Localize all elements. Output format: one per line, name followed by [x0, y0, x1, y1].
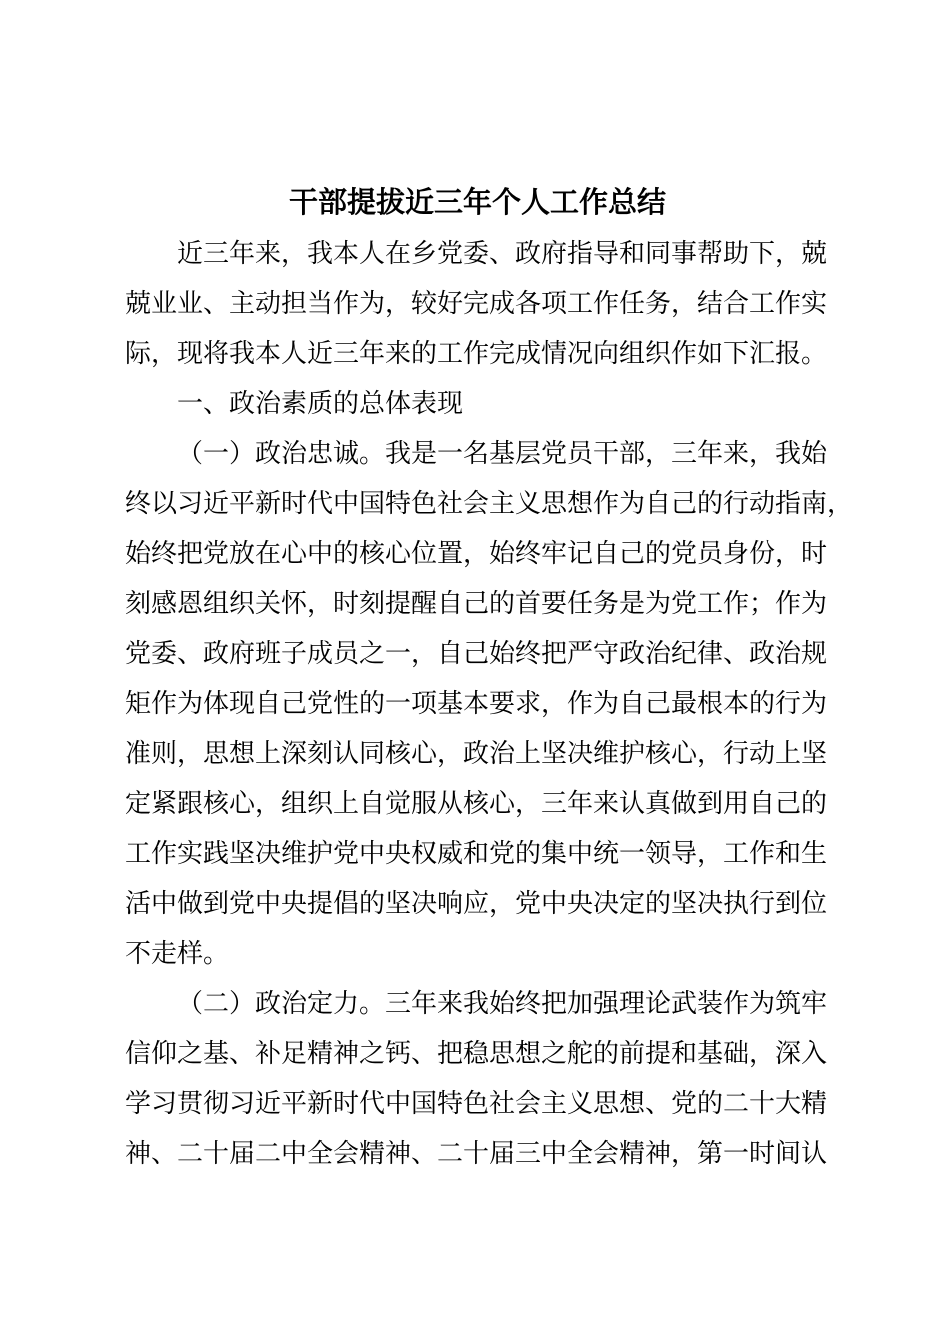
paragraph-line: 终以习近平新时代中国特色社会主义思想作为自己的行动指南， [125, 478, 830, 528]
paragraph-line: 学习贯彻习近平新时代中国特色社会主义思想、党的二十大精 [125, 1078, 830, 1128]
paragraph-line: 近三年来，我本人在乡党委、政府指导和同事帮助下，兢 [125, 228, 830, 278]
paragraph-line: 兢业业、主动担当作为，较好完成各项工作任务，结合工作实 [125, 278, 830, 328]
section-heading: 一、政治素质的总体表现 [125, 378, 830, 428]
paragraph-line: 神、二十届二中全会精神、二十届三中全会精神，第一时间认 [125, 1128, 830, 1178]
paragraph-line: 信仰之基、补足精神之钙、把稳思想之舵的前提和基础，深入 [125, 1028, 830, 1078]
paragraph-line: 党委、政府班子成员之一，自己始终把严守政治纪律、政治规 [125, 628, 830, 678]
paragraph-line: （二）政治定力。三年来我始终把加强理论武装作为筑牢 [125, 978, 830, 1028]
paragraph-line: 际，现将我本人近三年来的工作完成情况向组织作如下汇报。 [125, 328, 830, 378]
document-body: 近三年来，我本人在乡党委、政府指导和同事帮助下，兢兢业业、主动担当作为，较好完成… [125, 228, 830, 1178]
document-content: 干部提拔近三年个人工作总结 近三年来，我本人在乡党委、政府指导和同事帮助下，兢兢… [125, 178, 830, 1178]
paragraph-line: 定紧跟核心，组织上自觉服从核心，三年来认真做到用自己的 [125, 778, 830, 828]
paragraph-line: 工作实践坚决维护党中央权威和党的集中统一领导，工作和生 [125, 828, 830, 878]
paragraph-line: 不走样。 [125, 928, 830, 978]
document-page: 干部提拔近三年个人工作总结 近三年来，我本人在乡党委、政府指导和同事帮助下，兢兢… [0, 0, 950, 1344]
paragraph-line: 准则，思想上深刻认同核心，政治上坚决维护核心，行动上坚 [125, 728, 830, 778]
paragraph-line: 刻感恩组织关怀，时刻提醒自己的首要任务是为党工作；作为 [125, 578, 830, 628]
paragraph-line: （一）政治忠诚。我是一名基层党员干部，三年来，我始 [125, 428, 830, 478]
paragraph-line: 矩作为体现自己党性的一项基本要求，作为自己最根本的行为 [125, 678, 830, 728]
paragraph-line: 始终把党放在心中的核心位置，始终牢记自己的党员身份，时 [125, 528, 830, 578]
document-title: 干部提拔近三年个人工作总结 [125, 178, 830, 228]
paragraph-line: 活中做到党中央提倡的坚决响应，党中央决定的坚决执行到位 [125, 878, 830, 928]
